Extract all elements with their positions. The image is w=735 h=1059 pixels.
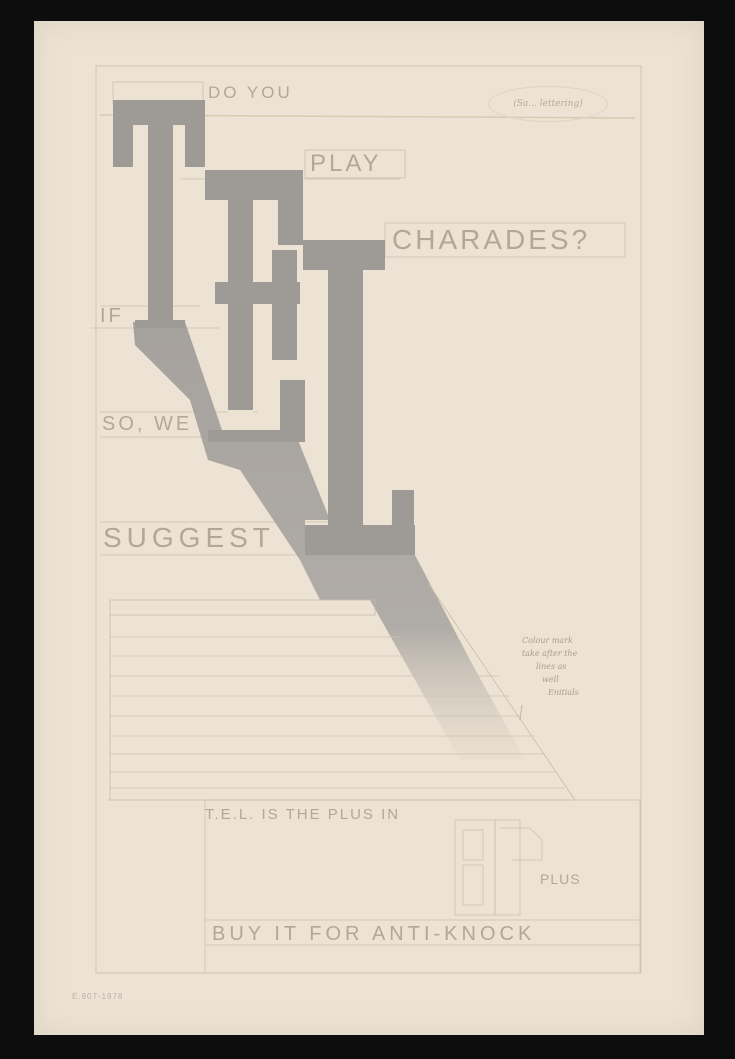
corner-note: (Sa... lettering) (488, 86, 608, 122)
footer-tagline: T.E.L. IS THE PLUS IN (205, 807, 400, 822)
text-suggest: SUGGEST (103, 524, 275, 552)
footer-bottom-line: BUY IT FOR ANTI-KNOCK (212, 924, 535, 944)
footer-logo-sub: PLUS (540, 872, 581, 886)
text-if: IF (100, 306, 124, 326)
text-so-we: SO, WE (102, 414, 192, 434)
text-charades: CHARADES? (392, 226, 590, 254)
inventory-stamp: E.907-1978 (72, 992, 123, 1001)
margin-note: Colour mark take after the lines as well… (522, 634, 579, 699)
text-do-you: DO YOU (208, 84, 293, 101)
text-play: PLAY (310, 152, 382, 176)
